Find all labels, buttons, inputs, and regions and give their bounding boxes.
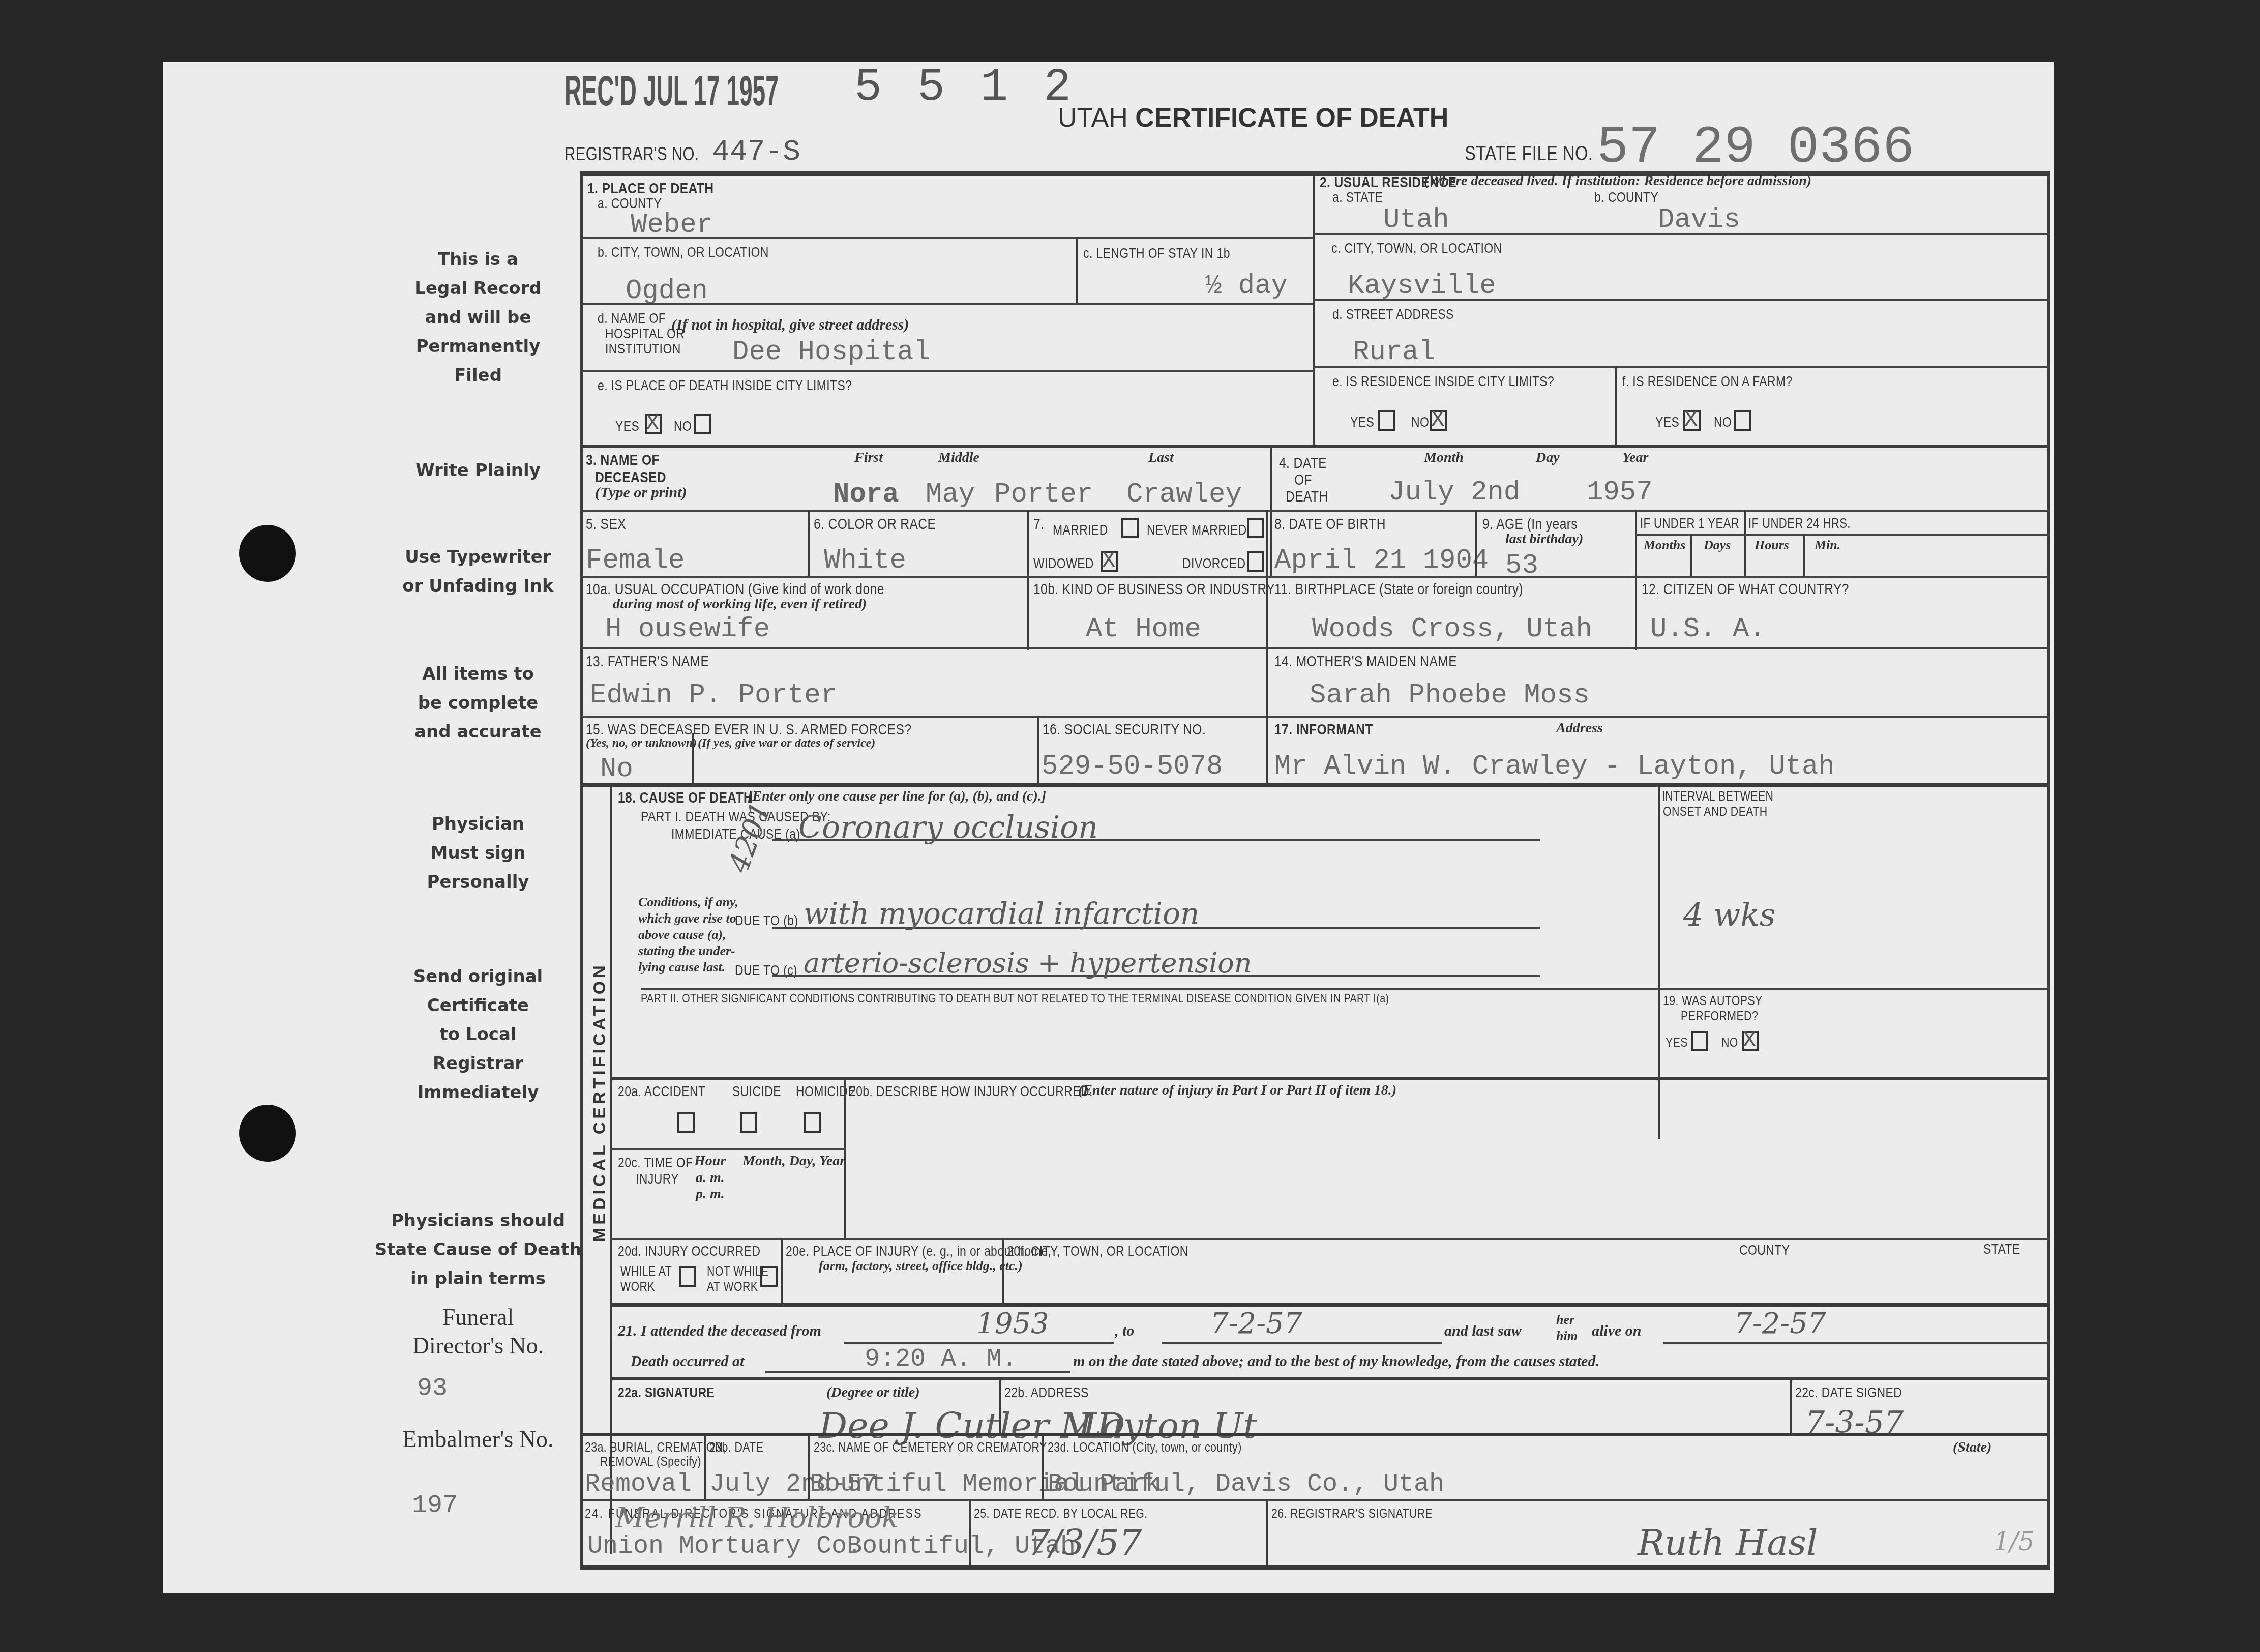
widowed-checkbox[interactable]	[1101, 551, 1118, 572]
part2-label: PART II. OTHER SIGNIFICANT CONDITIONS CO…	[641, 992, 1389, 1006]
autopsy-label-2: PERFORMED?	[1681, 1008, 1758, 1024]
autopsy-label-1: 19. WAS AUTOPSY	[1663, 993, 1763, 1009]
death-inside-city-no-label: NO	[674, 418, 692, 434]
business: At Home	[1086, 614, 1201, 645]
state-file-no: 57 29 0366	[1597, 118, 1914, 178]
residence-farm-no-label: NO	[1714, 414, 1732, 430]
attended-to-label: , to	[1115, 1322, 1134, 1340]
title-prefix: UTAH	[1058, 103, 1128, 133]
occupation: H ousewife	[605, 614, 770, 645]
divider-dob-age	[1475, 510, 1477, 576]
occupation-label-2: during most of working life, even if ret…	[613, 596, 867, 612]
hour-label: Hour	[694, 1153, 726, 1169]
citizen-label: 12. CITIZEN OF WHAT COUNTRY?	[1642, 581, 1849, 598]
row-line	[580, 237, 1315, 239]
divider-marital-dob	[1266, 510, 1268, 650]
ssn: 529-50-5078	[1042, 751, 1223, 782]
hospital-label-3: INSTITUTION	[605, 341, 681, 357]
injury-county-label: COUNTY	[1739, 1242, 1790, 1258]
divider-interval	[1658, 783, 1660, 1139]
homicide-label: HOMICIDE	[796, 1083, 856, 1100]
attended-to-line	[1162, 1342, 1442, 1344]
registrars-no: 447-S	[712, 136, 800, 169]
attended-text: 21. I attended the deceased from	[618, 1322, 821, 1340]
row-line	[1635, 534, 2049, 536]
death-inside-city-label: e. IS PLACE OF DEATH INSIDE CITY LIMITS?	[598, 377, 852, 394]
armed-forces-label: 15. WAS DECEASED EVER IN U. S. ARMED FOR…	[586, 721, 911, 739]
binder-hole-bottom	[239, 1105, 296, 1162]
not-while-at-work-checkbox[interactable]	[760, 1266, 778, 1287]
death-city: Ogden	[626, 276, 708, 307]
min-label: Min.	[1815, 538, 1840, 553]
residence-county-label: b. COUNTY	[1594, 189, 1658, 205]
first-name: Nora	[833, 479, 899, 510]
date-recd: 7/3/57	[1027, 1522, 1142, 1563]
interval-label-2: ONSET AND DEATH	[1663, 804, 1768, 819]
residence-inside-city-no-label: NO	[1411, 414, 1429, 430]
widowed-label: WIDOWED	[1033, 555, 1094, 572]
location: Bountiful, Davis Co., Utah	[1048, 1470, 1444, 1499]
place-of-death-label: 1. PLACE OF DEATH	[587, 180, 713, 197]
funeral-director-no-label: Funeral Director's No.	[366, 1303, 590, 1360]
residence-farm-yes-label: YES	[1655, 414, 1679, 430]
accident-label: 20a. ACCIDENT	[618, 1083, 705, 1100]
divorced-checkbox[interactable]	[1247, 551, 1264, 572]
informant: Mr Alvin W. Crawley - Layton, Utah	[1274, 751, 1835, 782]
interval: 4 wks	[1683, 896, 1776, 933]
business-label: 10b. KIND OF BUSINESS OR INDUSTRY	[1033, 581, 1275, 598]
death-occurred-label: Death occurred at	[631, 1353, 744, 1370]
row-line	[580, 576, 2049, 578]
divider-1-2	[1313, 171, 1315, 446]
never-married-label: NEVER MARRIED	[1147, 522, 1247, 538]
age-label-1: 9. AGE (In years	[1482, 516, 1578, 533]
hospital-label-1: d. NAME OF	[598, 310, 666, 327]
last-name: Crawley	[1126, 479, 1242, 510]
divider-sex-race	[808, 510, 810, 576]
alive-on: 7-2-57	[1734, 1307, 1826, 1340]
place-of-injury-label-2: farm, factory, street, office bldg., etc…	[819, 1258, 1023, 1274]
sidebar-note-typewriter: Use Typewriter or Unfading Ink	[376, 543, 580, 601]
pm-label: p. m.	[696, 1186, 725, 1202]
injury-city-label: 20f. CITY, TOWN, OR LOCATION	[1007, 1243, 1188, 1259]
registrar-signature-label: 26. REGISTRAR'S SIGNATURE	[1271, 1506, 1433, 1521]
autopsy-no-checkbox[interactable]	[1742, 1031, 1759, 1051]
while-at-work-checkbox[interactable]	[679, 1266, 696, 1287]
death-certificate-page: REC'D JUL 17 1957 5 5 1 2 UTAH CERTIFICA…	[163, 62, 2054, 1593]
mother: Sarah Phoebe Moss	[1310, 680, 1590, 711]
sex: Female	[586, 545, 685, 576]
hospital-name: Dee Hospital	[732, 337, 930, 368]
occupation-label-1: 10a. USUAL OCCUPATION (Give kind of work…	[586, 581, 884, 598]
row-line	[1313, 233, 2049, 235]
residence-city-label: c. CITY, TOWN, OR LOCATION	[1331, 240, 1502, 256]
death-inside-city-yes-checkbox[interactable]	[645, 414, 662, 434]
married-checkbox[interactable]	[1121, 518, 1139, 538]
married-label: MARRIED	[1053, 522, 1108, 538]
registrars-no-label: REGISTRAR'S NO.	[564, 143, 699, 165]
death-month-label: Month	[1424, 450, 1464, 466]
last-saw-label: and last saw	[1444, 1322, 1522, 1340]
days-label: Days	[1704, 538, 1731, 553]
months-label: Months	[1644, 538, 1685, 553]
row-line	[580, 510, 2049, 512]
immediate-cause: Coronary occlusion	[798, 810, 1098, 845]
row-line-major	[580, 783, 2049, 787]
injury-occurred-label: 20d. INJURY OCCURRED	[618, 1243, 760, 1259]
length-of-stay-label: c. LENGTH OF STAY IN 1b	[1083, 245, 1230, 261]
divorced-label: DIVORCED	[1182, 555, 1245, 572]
residence-street: Rural	[1353, 337, 1435, 368]
divider-place-city	[1002, 1238, 1004, 1304]
autopsy-no-label: NO	[1721, 1035, 1738, 1050]
citizen: U.S. A.	[1650, 614, 1766, 645]
alive-on-label: alive on	[1592, 1322, 1642, 1340]
divider-hours-min	[1803, 534, 1805, 576]
armed-forces-hint-2: (If yes, give war or dates of service)	[698, 736, 875, 750]
residence-inside-city-yes-label: YES	[1350, 414, 1374, 430]
am-label: a. m.	[696, 1170, 725, 1186]
row-line	[1313, 299, 2049, 301]
row-line	[580, 303, 1315, 305]
divider-burial-date	[704, 1433, 706, 1499]
registrar-note: 1/5	[1994, 1527, 2034, 1556]
alive-on-line	[1663, 1342, 2049, 1344]
embalmer-no: 197	[412, 1491, 458, 1520]
certificate-title: UTAH CERTIFICATE OF DEATH	[1058, 103, 1448, 133]
divider-funeral-daterecd	[969, 1499, 971, 1568]
middle-name: May	[926, 479, 975, 510]
divider-age-under1	[1635, 510, 1637, 650]
residence-inside-city-yes-checkbox[interactable]	[1378, 410, 1395, 431]
suicide-checkbox[interactable]	[740, 1112, 757, 1133]
race: White	[824, 545, 906, 576]
residence-state: Utah	[1383, 204, 1449, 235]
accident-checkbox[interactable]	[677, 1112, 695, 1133]
form-bottom-border	[580, 1565, 2050, 1570]
attended-to: 7-2-57	[1210, 1307, 1302, 1340]
usual-residence-hint: (Where deceased lived. If institution: R…	[1424, 173, 1811, 189]
divider-under1-under24	[1744, 510, 1746, 576]
death-county: Weber	[631, 210, 713, 241]
divider-cemetery-location	[1042, 1433, 1044, 1499]
birthplace: Woods Cross, Utah	[1312, 614, 1592, 645]
autopsy-yes-checkbox[interactable]	[1691, 1031, 1708, 1051]
cause-of-death-hint: [Enter only one cause per line for (a), …	[748, 788, 1046, 805]
row-line	[580, 370, 1315, 372]
row-line	[641, 988, 2049, 990]
under-1-year-label: IF UNDER 1 YEAR	[1640, 516, 1739, 532]
divider-daterecd-registrar	[1266, 1499, 1268, 1568]
sidebar-note-legal-record: This is a Legal Record and will be Perma…	[376, 245, 580, 390]
hours-label: Hours	[1755, 538, 1789, 553]
not-while-at-work-label: NOT WHILE AT WORK	[707, 1263, 769, 1294]
death-inside-city-yes-label: YES	[615, 418, 639, 434]
sex-label: 5. SEX	[586, 516, 626, 533]
embalmer-no-label: Embalmer's No.	[366, 1425, 590, 1454]
row-line-major	[610, 1077, 2049, 1080]
informant-label: 17. INFORMANT	[1274, 721, 1373, 739]
residence-city: Kaysville	[1348, 271, 1496, 302]
sidebar-note-physician-sign: Physician Must sign Personally	[376, 810, 580, 897]
location-label: 23d. LOCATION (City, town, or county)	[1048, 1439, 1242, 1455]
time-of-injury-label-1: 20c. TIME OF	[618, 1155, 693, 1171]
residence-county: Davis	[1658, 204, 1740, 235]
cause-of-death-label: 18. CAUSE OF DEATH	[618, 789, 753, 807]
row-line	[580, 1499, 2049, 1501]
form-left-border	[580, 171, 583, 1568]
time-of-injury-label-2: INJURY	[636, 1171, 679, 1187]
signature-label: 22a. SIGNATURE	[618, 1384, 715, 1401]
date-signed-label: 22c. DATE SIGNED	[1795, 1384, 1902, 1401]
residence-farm-no-checkbox[interactable]	[1734, 410, 1751, 431]
hospital-hint: (If not in hospital, give street address…	[671, 316, 909, 334]
degree-label: (Degree or title)	[826, 1384, 920, 1401]
funeral-director-signature: Merrill R. Holbrook	[615, 1501, 899, 1535]
funeral-director: Union Mortuary Co.	[587, 1532, 862, 1561]
death-year-label: Year	[1622, 450, 1648, 466]
date-of-death-label-3: DEATH	[1286, 488, 1328, 506]
autopsy-yes-label: YES	[1666, 1035, 1688, 1050]
burial-label-2: REMOVAL (Specify)	[600, 1454, 701, 1469]
death-time: 9:20 A. M.	[865, 1345, 1017, 1374]
row-line-major	[580, 445, 2049, 448]
her-label: her	[1556, 1312, 1574, 1327]
certificate-serial: 5 5 1 2	[854, 62, 1075, 114]
date-of-death-label-1: 4. DATE	[1279, 455, 1327, 472]
death-month-day: July 2nd	[1388, 477, 1520, 508]
divider-signature-address	[999, 1377, 1001, 1433]
sidebar-note-complete: All items to be complete and accurate	[376, 660, 580, 747]
maiden-name: Porter	[994, 479, 1093, 510]
first-name-label: First	[854, 450, 883, 466]
row-line-major	[580, 1433, 2049, 1436]
race-label: 6. COLOR OR RACE	[814, 516, 936, 533]
mother-label: 14. MOTHER'S MAIDEN NAME	[1274, 653, 1457, 670]
marital-label: 7.	[1033, 516, 1044, 533]
funeral-director-no: 93	[417, 1374, 448, 1403]
name-label-1: 3. NAME OF	[586, 452, 660, 469]
divider-race-marital	[1027, 510, 1029, 650]
describe-injury-hint: (Enter nature of injury in Part I or Par…	[1078, 1082, 1396, 1099]
length-of-stay: ½ day	[1205, 271, 1288, 302]
under-24-hrs-label: IF UNDER 24 HRS.	[1748, 516, 1851, 532]
month-day-year-label: Month, Day, Year	[742, 1153, 845, 1169]
birthplace-label: 11. BIRTHPLACE (State or foreign country…	[1274, 581, 1523, 598]
divider-armed-ssn	[1037, 716, 1039, 784]
row-line-major	[610, 1377, 2049, 1380]
death-inside-city-no-checkbox[interactable]	[694, 414, 711, 434]
registrar-signature: Ruth Hasl	[1638, 1522, 1818, 1563]
death-year: 1957	[1587, 477, 1653, 508]
residence-state-label: a. STATE	[1332, 189, 1383, 205]
name-label-2: DECEASED	[595, 469, 666, 486]
homicide-checkbox[interactable]	[804, 1112, 821, 1133]
sidebar-note-plain-terms: Physicians should State Cause of Death i…	[366, 1206, 590, 1293]
death-day-label: Day	[1536, 450, 1560, 466]
sidebar-note-send-original: Send original Certificate to Local Regis…	[376, 962, 580, 1107]
sidebar-note-write-plainly: Write Plainly	[376, 456, 580, 485]
divider-months-days	[1690, 534, 1692, 576]
state-file-no-label: STATE FILE NO.	[1465, 142, 1593, 165]
residence-farm-label: f. IS RESIDENCE ON A FARM?	[1622, 373, 1793, 390]
residence-inside-city-no-checkbox[interactable]	[1430, 410, 1447, 431]
medical-inner-border	[610, 783, 612, 1554]
middle-name-label: Middle	[938, 450, 979, 466]
medical-certification-vertical-label: MEDICAL CERTIFICATION	[590, 962, 610, 1242]
dob: April 21 1904	[1274, 545, 1489, 576]
interval-label-1: INTERVAL BETWEEN	[1662, 788, 1773, 804]
divider-city-stay	[1076, 237, 1078, 303]
injury-state-label: STATE	[1983, 1241, 2020, 1257]
age-label-2: last birthday)	[1505, 531, 1583, 547]
row-line	[610, 1148, 845, 1150]
residence-inside-city-label: e. IS RESIDENCE INSIDE CITY LIMITS?	[1332, 373, 1554, 390]
row-line	[580, 716, 2049, 718]
while-at-work-label: WHILE AT WORK	[620, 1263, 672, 1294]
armed-forces-hint-1: (Yes, no, or unknown)	[586, 736, 697, 750]
cemetery-label: 23c. NAME OF CEMETERY OR CREMATORY	[814, 1439, 1047, 1455]
due-to-c: arterio-sclerosis + hypertension	[804, 947, 1252, 979]
divider-address-date	[1790, 1377, 1792, 1433]
death-city-label: b. CITY, TOWN, OR LOCATION	[598, 244, 769, 260]
death-occurred-suffix: m on the date stated above; and to the b…	[1073, 1353, 1599, 1370]
father-label: 13. FATHER'S NAME	[586, 653, 709, 670]
attended-from: 1953	[976, 1307, 1049, 1340]
physician-address-label: 22b. ADDRESS	[1004, 1384, 1089, 1401]
location-state-label: (State)	[1953, 1439, 1991, 1456]
row-line-major	[610, 1303, 2049, 1307]
due-to-b: with myocardial infarction	[804, 896, 1199, 931]
date-recd-label: 25. DATE RECD. BY LOCAL REG.	[974, 1506, 1148, 1521]
title-main: CERTIFICATE OF DEATH	[1135, 103, 1448, 133]
suicide-label: SUICIDE	[732, 1083, 781, 1100]
divider-armed-1	[692, 733, 694, 784]
never-married-checkbox[interactable]	[1247, 518, 1264, 538]
attended-from-line	[844, 1342, 1114, 1344]
dob-label: 8. DATE OF BIRTH	[1274, 516, 1386, 533]
row-line	[610, 1238, 2049, 1240]
armed-forces: No	[600, 754, 633, 785]
divider-city-farm	[1615, 366, 1617, 446]
him-label: him	[1556, 1329, 1578, 1344]
father: Edwin P. Porter	[590, 680, 837, 711]
binder-hole-top	[239, 525, 296, 582]
residence-farm-yes-checkbox[interactable]	[1683, 410, 1701, 431]
residence-street-label: d. STREET ADDRESS	[1332, 306, 1454, 322]
ssn-label: 16. SOCIAL SECURITY NO.	[1043, 721, 1206, 739]
conditions-hint: Conditions, if any, which gave rise to a…	[638, 894, 738, 976]
burial: Removal	[585, 1470, 692, 1499]
describe-injury-label: 20b. DESCRIBE HOW INJURY OCCURRED.	[849, 1083, 1093, 1100]
received-stamp: REC'D JUL 17 1957	[564, 66, 779, 115]
divider-work-place	[781, 1238, 783, 1304]
row-line	[1313, 366, 2049, 368]
date-of-death-label-2: OF	[1294, 471, 1312, 489]
burial-date-label: 23b. DATE	[709, 1439, 763, 1455]
last-name-label: Last	[1148, 450, 1174, 466]
row-line	[580, 647, 2049, 649]
informant-address-label: Address	[1556, 720, 1603, 736]
form-right-border	[2047, 171, 2050, 1568]
name-label-3: (Type or print)	[595, 484, 687, 501]
